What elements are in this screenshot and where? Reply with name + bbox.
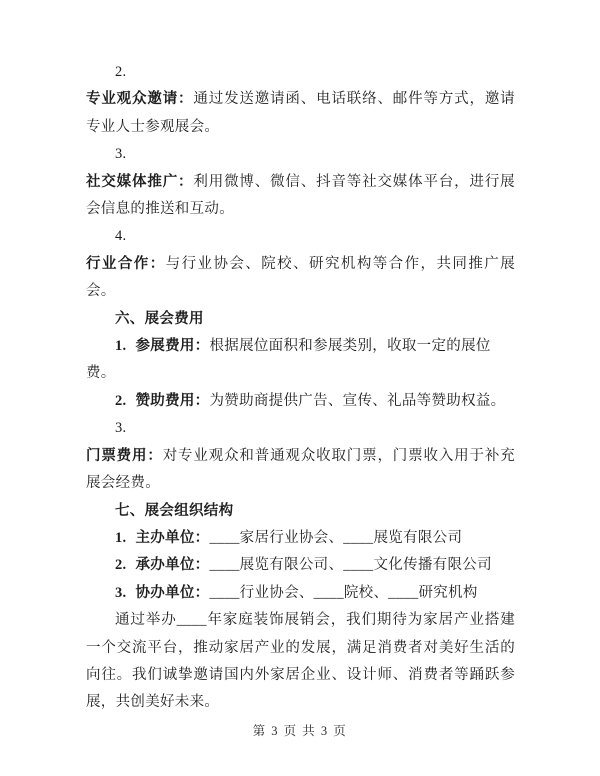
item-number: 1.	[115, 338, 126, 354]
definition-paragraph: 门票费用：对专业观众和普通观众收取门票，门票收入用于补充展会经费。	[86, 443, 515, 498]
list-number: 4.	[86, 223, 515, 250]
item-label: 参展费用：	[135, 338, 209, 354]
numbered-item: 2.承办单位：____展览有限公司、____文化传播有限公司	[86, 552, 515, 579]
item-body: ____展览有限公司、____文化传播有限公司	[209, 557, 491, 573]
item-label: 赞助费用：	[135, 393, 209, 409]
term-label: 门票费用：	[86, 448, 163, 464]
section-heading: 六、展会费用	[86, 306, 515, 333]
numbered-item: 1.参展费用：根据展位面积和参展类别，收取一定的展位费。	[86, 333, 515, 388]
item-number: 3.	[115, 585, 126, 601]
document-content: 2. 专业观众邀请：通过发送邀请函、电话联络、邮件等方式，邀请专业人士参观展会。…	[86, 59, 515, 717]
definition-paragraph: 专业观众邀请：通过发送邀请函、电话联络、邮件等方式，邀请专业人士参观展会。	[86, 86, 515, 141]
list-number: 3.	[86, 141, 515, 168]
item-number: 1.	[115, 530, 126, 546]
document-page: 2. 专业观众邀请：通过发送邀请函、电话联络、邮件等方式，邀请专业人士参观展会。…	[0, 0, 600, 776]
section-heading: 七、展会组织结构	[86, 498, 515, 525]
term-label: 专业观众邀请：	[86, 91, 193, 107]
definition-paragraph: 行业合作：与行业协会、院校、研究机构等合作，共同推广展会。	[86, 251, 515, 306]
numbered-item: 3.协办单位：____行业协会、____院校、____研究机构	[86, 580, 515, 607]
numbered-item: 2.赞助费用：为赞助商提供广告、宣传、礼品等赞助权益。	[86, 388, 515, 415]
term-label: 行业合作：	[86, 256, 166, 272]
item-number: 2.	[115, 393, 126, 409]
list-number: 3.	[86, 415, 515, 442]
item-body: ____家居行业协会、____展览有限公司	[209, 530, 462, 546]
page-number: 第 3 页 共 3 页	[253, 724, 348, 738]
term-label: 社交媒体推广：	[86, 174, 193, 190]
item-label: 承办单位：	[135, 557, 209, 573]
item-label: 协办单位：	[135, 585, 209, 601]
item-label: 主办单位：	[135, 530, 209, 546]
item-number: 2.	[115, 557, 126, 573]
item-body: ____行业协会、____院校、____研究机构	[209, 585, 477, 601]
list-number: 2.	[86, 59, 515, 86]
definition-paragraph: 社交媒体推广：利用微博、微信、抖音等社交媒体平台，进行展会信息的推送和互动。	[86, 169, 515, 224]
page-footer: 第 3 页 共 3 页	[0, 721, 600, 739]
item-body: 为赞助商提供广告、宣传、礼品等赞助权益。	[209, 393, 505, 409]
closing-paragraph: 通过举办____年家庭装饰展销会，我们期待为家居产业搭建一个交流平台，推动家居产…	[86, 607, 515, 717]
numbered-item: 1.主办单位：____家居行业协会、____展览有限公司	[86, 525, 515, 552]
